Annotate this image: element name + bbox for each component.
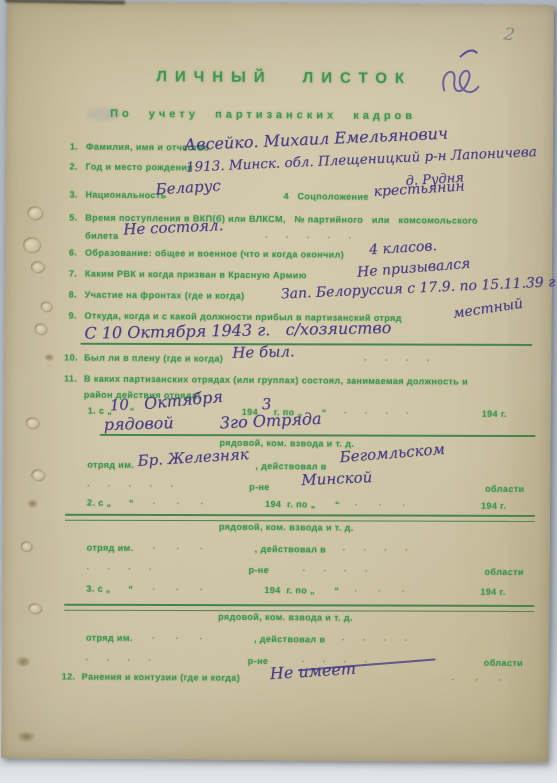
entry1-quote2: “ [322, 407, 327, 417]
pencil-page-number: 2 [502, 24, 516, 45]
entry2-line-start: 2. с „ [87, 498, 111, 508]
field-11-num: 11. [64, 373, 77, 383]
field-4-label: Соцположение [297, 191, 368, 202]
paper-damage-spot [27, 499, 38, 508]
paper-damage-spot [26, 417, 39, 428]
fill-dots: · · · [153, 498, 204, 508]
entry2-deystv-label: , действовал в [255, 544, 326, 555]
fill-dots: · · · · [86, 655, 152, 666]
paper-damage-spot [31, 261, 44, 272]
entry3-quote2: “ [334, 586, 339, 596]
field-10-value-handwritten: Не был. [232, 342, 295, 362]
paper-damage-spot [28, 603, 41, 613]
field-4-num: 4 [283, 191, 288, 201]
field-12-value-handwritten: Не имеет [269, 659, 356, 683]
fill-dots: · · · · [342, 635, 408, 646]
entry2-year-end: 194 г. [481, 501, 506, 511]
entry1-rank-handwritten: рядовой [103, 413, 173, 434]
fill-dots: · · · [354, 586, 405, 596]
entry2-otryad-label: отряд им. [87, 543, 134, 553]
form-double-rule [65, 514, 535, 522]
fill-dots: · · · · [87, 564, 153, 575]
paper-damage-spot [27, 206, 42, 219]
entry3-year-printed: 194 [264, 585, 280, 595]
entry1-unit-handwritten: 3го Отряда [219, 409, 322, 433]
scanned-document-page: { "page": { "corner_page_number": "2", "… [0, 0, 557, 783]
field-5-label2: билета [85, 231, 118, 241]
field-3-num: 3. [69, 189, 77, 199]
fill-dots: · · · [153, 543, 204, 553]
paper-damage-spot [44, 353, 54, 361]
paper-damage-spot [16, 656, 31, 667]
paper-damage-spot [41, 301, 52, 311]
fill-dots: · · · [355, 500, 406, 510]
field-12-label: Ранения и контузии (где и когда) [82, 672, 240, 683]
fill-dots: · · · · [364, 355, 430, 366]
entry3-mid: г. по „ [286, 585, 315, 595]
entry1-deystv-handwritten: Бегомльском [339, 440, 446, 466]
field-1-num: 1. [70, 141, 78, 151]
handwritten-check-mark [426, 46, 488, 104]
entry2-caption: рядовой, ком. взвода и т. д. [219, 522, 354, 533]
field-2-label: Год и место рождения [86, 162, 193, 173]
fill-dots: · · · · · [265, 232, 352, 243]
entry3-deystv-label: , действовал в [254, 634, 325, 645]
form-subtitle: По учету партизанских кадров [110, 108, 416, 122]
field-8-num: 8. [69, 289, 77, 299]
paper-edge-shadow [5, 0, 125, 5]
field-6-label: Образование: общее и военное (что и когд… [85, 248, 344, 260]
form-rule [80, 343, 532, 346]
fill-dots: · · · · · [87, 481, 174, 492]
form-double-rule [64, 604, 534, 612]
entry2-rne-label: р-не [248, 565, 269, 575]
fill-dots: · · · · [343, 545, 409, 556]
entry1-rne-label: р-не [249, 482, 270, 492]
field-6-value-handwritten: 4 класов. [369, 238, 438, 258]
entry1-otryad-handwritten: Бр. Железняк [137, 445, 249, 470]
entry3-oblast-label: области [484, 658, 523, 668]
entry3-year-end: 194 г. [480, 587, 505, 597]
field-10-num: 10. [64, 352, 78, 362]
paper-sheet: 2 ЛИЧНЫЙ ЛИСТОК По учету партизанских ка… [1, 1, 554, 762]
entry3-caption: рядовой, ком. взвода и т. д. [218, 612, 353, 623]
field-5-num: 5. [69, 212, 77, 222]
entry1-oblast-label: области [485, 484, 524, 494]
fill-dots: · · · [152, 633, 203, 643]
fill-dots: · · · · [302, 565, 368, 576]
field-3-value-handwritten: Беларус [155, 176, 221, 198]
fill-dots: · · · · [344, 408, 410, 419]
field-3-label: Национальность [85, 190, 166, 201]
entry3-otryad-label: отряд им. [86, 633, 133, 643]
paper-damage-spot [21, 541, 32, 551]
paper-damage-spot [17, 731, 35, 742]
field-11-label: В каких партизанских отрядах (или группа… [84, 374, 468, 387]
field-4-value-handwritten: крестьянин [373, 178, 465, 200]
entry3-rne-label: р-не [248, 656, 269, 666]
entry1-rne-handwritten: Минской [301, 468, 373, 489]
entry2-quote2: “ [335, 500, 340, 510]
field-9-value2-handwritten: С 10 Октября 1943 г. с/хозяиство [84, 318, 391, 343]
form-title: ЛИЧНЫЙ ЛИСТОК [156, 68, 412, 87]
entry2-mid: г. по „ [287, 499, 316, 509]
field-8-label: Участие на фронтах (где и когда) [85, 290, 245, 301]
field-5-value-handwritten: Не состоял. [123, 216, 224, 238]
field-9-value-handwritten: местный [452, 296, 524, 322]
entry3-quote: “ [128, 584, 133, 594]
field-12-num: 12. [62, 671, 76, 681]
entry2-quote: “ [129, 498, 134, 508]
entry1-year-end: 194 г. [482, 409, 507, 419]
field-2-num: 2. [70, 161, 78, 171]
entry3-line-start: 3. с „ [86, 584, 110, 594]
field-6-num: 6. [69, 247, 77, 257]
entry2-year-printed: 194 [265, 499, 281, 509]
entry1-day-handwritten: 10 [109, 395, 129, 414]
entry2-oblast-label: области [484, 567, 523, 577]
entry1-otryad-label: отряд им. [87, 460, 134, 470]
field-7-label: Каким РВК и когда призван в Красную Арми… [85, 269, 307, 281]
field-7-num: 7. [69, 268, 77, 278]
form-rule [100, 434, 536, 437]
paper-damage-spot [23, 237, 40, 252]
field-7-value-handwritten: Не призывался [356, 256, 470, 281]
fill-dots: · · · [152, 584, 203, 594]
paper-damage-spot [31, 469, 44, 480]
field-9-num: 9. [68, 310, 76, 320]
field-10-label: Был ли в плену (где и когда) [84, 353, 223, 364]
paper-damage-spot [34, 323, 46, 334]
fill-dots: · · · [452, 675, 503, 685]
